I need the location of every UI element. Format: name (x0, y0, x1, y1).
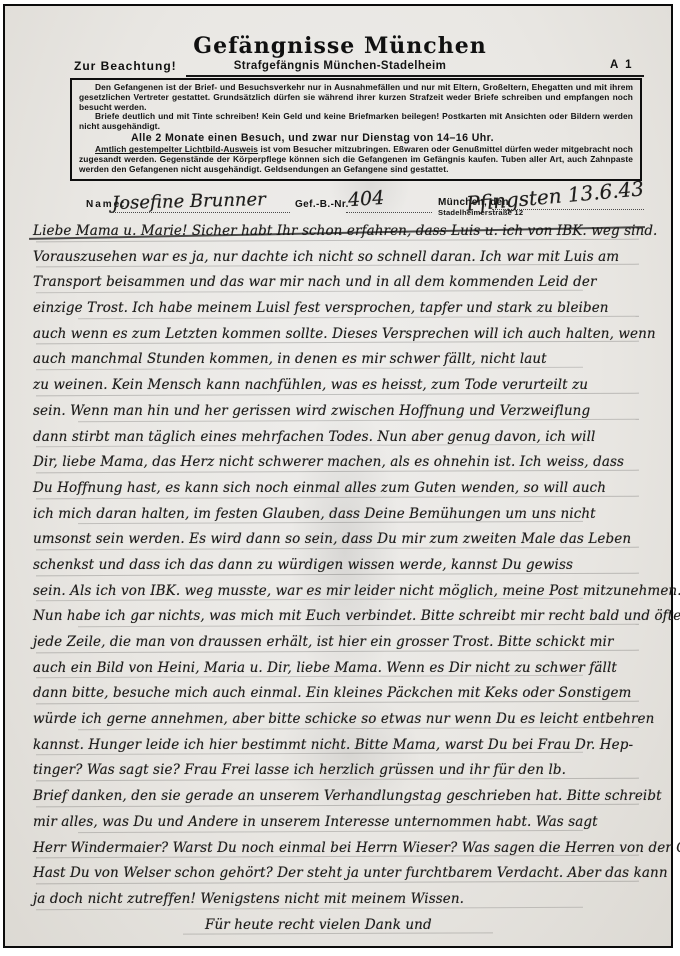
letter-line: dann stirbt man täglich eines mehrfachen… (33, 425, 653, 451)
letter-line: auch wenn es zum Letzten kommen sollte. … (33, 322, 653, 348)
letter-line: Transport beisammen und das war mir nach… (33, 270, 653, 296)
letter-line: zu weinen. Kein Mensch kann nachfühlen, … (33, 373, 653, 399)
letter-line: schenkst und dass ich das dann zu würdig… (33, 553, 653, 579)
letter-line: Vorauszusehen war es ja, nur dachte ich … (33, 245, 653, 271)
letter-line: jede Zeile, die man von draussen erhält,… (33, 630, 653, 656)
letter-line: ich mich daran halten, im festen Glauben… (33, 502, 653, 528)
scanned-letter-page: Gefängnisse München Strafgefängnis Münch… (0, 0, 680, 956)
letter-line: würde ich gerne annehmen, aber bitte sch… (33, 707, 653, 733)
regulation-underlined-phrase: Amtlich gestempelter Lichtbild-Ausweis (95, 144, 258, 154)
form-code: A 1 (610, 59, 633, 71)
letter-line: Liebe Mama u. Marie! Sicher habt Ihr sch… (33, 219, 653, 245)
prisoner-number-label: Gef.-B.-Nr. (295, 199, 349, 210)
letter-line: Herr Windermaier? Warst Du noch einmal b… (33, 836, 653, 862)
letter-line: ja doch nicht zutreffen! Wenigstens nich… (33, 887, 653, 913)
regulation-paragraph-3: Alle 2 Monate einen Besuch, und zwar nur… (79, 132, 633, 146)
letter-closing-line: Für heute recht vielen Dank und (33, 913, 653, 939)
letter-line: einzige Trost. Ich habe meinem Luisl fes… (33, 296, 653, 322)
regulations-box: Den Gefangenen ist der Brief- und Besuch… (70, 78, 642, 181)
letter-line: dann bitte, besuche mich auch einmal. Ei… (33, 681, 653, 707)
letter-line: tinger? Was sagt sie? Frau Frei lasse ic… (33, 758, 653, 784)
name-dotted-line (112, 212, 290, 213)
regulation-paragraph-4: Amtlich gestempelter Lichtbild-Ausweis i… (79, 145, 633, 174)
letter-line: Nun habe ich gar nichts, was mich mit Eu… (33, 604, 653, 630)
letter-line: auch ein Bild von Heini, Maria u. Dir, l… (33, 656, 653, 682)
prisoner-number-dotted-line (346, 212, 432, 213)
notice-label: Zur Beachtung! (74, 59, 177, 73)
regulation-paragraph-1: Den Gefangenen ist der Brief- und Besuch… (79, 83, 633, 112)
name-value: Josefine Brunner (112, 189, 266, 214)
letter-line: sein. Als ich von IBK. weg musste, war e… (33, 579, 653, 605)
letter-line: sein. Wenn man hin und her gerissen wird… (33, 399, 653, 425)
regulation-paragraph-2: Briefe deutlich und mit Tinte schreiben!… (79, 112, 633, 132)
page-title: Gefängnisse München (0, 33, 680, 59)
letter-line: Brief danken, den sie gerade an unserem … (33, 784, 653, 810)
letter-line: mir alles, was Du und Andere in unserem … (33, 810, 653, 836)
letter-body: Liebe Mama u. Marie! Sicher habt Ihr sch… (33, 219, 653, 938)
header-rule-line (186, 75, 644, 77)
letter-line: Hast Du von Welser schon gehört? Der ste… (33, 861, 653, 887)
letter-line: Du Hoffnung hast, es kann sich noch einm… (33, 476, 653, 502)
prisoner-number-value: 404 (347, 187, 385, 211)
letter-line: kannst. Hunger leide ich hier bestimmt n… (33, 733, 653, 759)
letter-line: Dir, liebe Mama, das Herz nicht schwerer… (33, 450, 653, 476)
letter-line: umsonst sein werden. Es wird dann so sei… (33, 527, 653, 553)
letter-line: auch manchmal Stunden kommen, in denen e… (33, 347, 653, 373)
date-dotted-line (492, 209, 644, 210)
